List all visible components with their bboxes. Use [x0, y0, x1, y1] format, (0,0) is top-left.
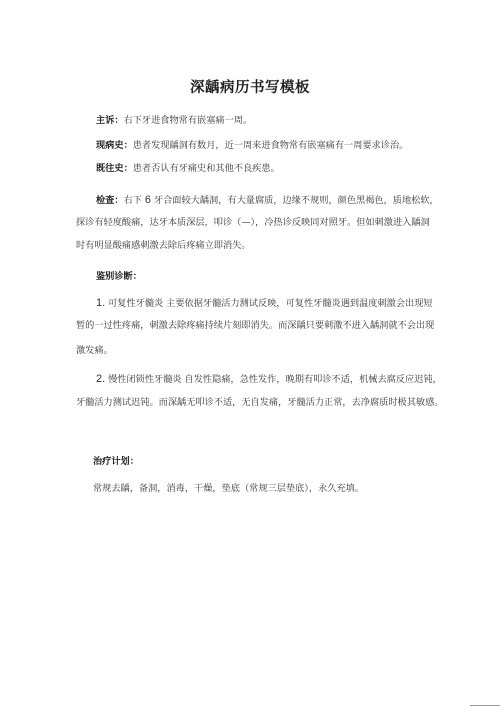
examination-line-1: 检查：右下 6 牙合面较大龋洞，有大量腐质，边缘不规则，颜色黑褐色，质地松软，: [96, 194, 439, 207]
examination-line-3: 时有明显酸痛感刺激去除后疼痛立即消失。: [76, 240, 251, 252]
tooth-number: 6: [145, 194, 151, 206]
chief-complaint: 主诉：右下牙进食物常有嵌塞痛一周。: [96, 115, 252, 127]
chief-complaint-text: 右下牙进食物常有嵌塞痛一周。: [124, 115, 253, 126]
present-illness: 现病史：患者发现龋洞有数月，近一周来进食物常有嵌塞痛有一周要求诊治。: [96, 140, 408, 152]
document-title: 深龋病历书写模板: [0, 76, 500, 97]
chief-complaint-label: 主诉: [96, 115, 114, 126]
past-history-label: 既往史: [96, 163, 124, 174]
page-edge-rule: [470, 705, 500, 706]
present-illness-text: 患者发现龋洞有数月，近一周来进食物常有嵌塞痛有一周要求诊治。: [133, 140, 409, 151]
diagnosis-item-2-line-2: 牙髓活力测试迟钝。而深龋无叩诊不适，无自发痛，牙髓活力正常，去净腐质时极其敏感。: [76, 397, 444, 409]
examination-label: 检查: [96, 195, 114, 206]
examination-line-2: 探诊有轻度酸痛，达牙本质深层，叩诊（—），冷热诊反映同对照牙。但如刺激进入龋洞: [76, 217, 430, 229]
diagnosis-item-1-line-3: 激发痛。: [76, 345, 113, 357]
diagnosis-item-2-number: 2.: [96, 373, 105, 385]
diagnosis-item-2-line-1: 2. 慢性闭锁性牙髓炎 自发性隐痛，急性发作，晚期有叩诊不适，机械去腐反应迟钝，: [96, 373, 442, 386]
document-page: 深龋病历书写模板 主诉：右下牙进食物常有嵌塞痛一周。 现病史：患者发现龋洞有数月…: [0, 0, 500, 707]
differential-diagnosis-heading: 鉴别诊断：: [96, 271, 142, 283]
diagnosis-item-1-line-2: 暂的一过性疼痛，刺激去除疼痛持续片刻即消失。而深龋只要刺激不进入龋洞就不会出现: [76, 320, 434, 332]
diagnosis-item-1-number: 1.: [96, 297, 105, 309]
past-history: 既往史：患者否认有牙痛史和其他不良疾患。: [96, 163, 280, 175]
treatment-plan-text: 常规去龋，备洞，消毒，干燥，垫底（常规三层垫底），永久充填。: [93, 483, 364, 495]
treatment-plan-heading: 治疗计划：: [93, 456, 139, 468]
present-illness-label: 现病史: [96, 140, 124, 151]
diagnosis-item-1-line-1: 1. 可复性牙髓炎 主要依据牙髓活力测试反映，可复性牙髓炎遇到温度刺激会出现短: [96, 297, 433, 310]
past-history-text: 患者否认有牙痛史和其他不良疾患。: [133, 163, 280, 174]
